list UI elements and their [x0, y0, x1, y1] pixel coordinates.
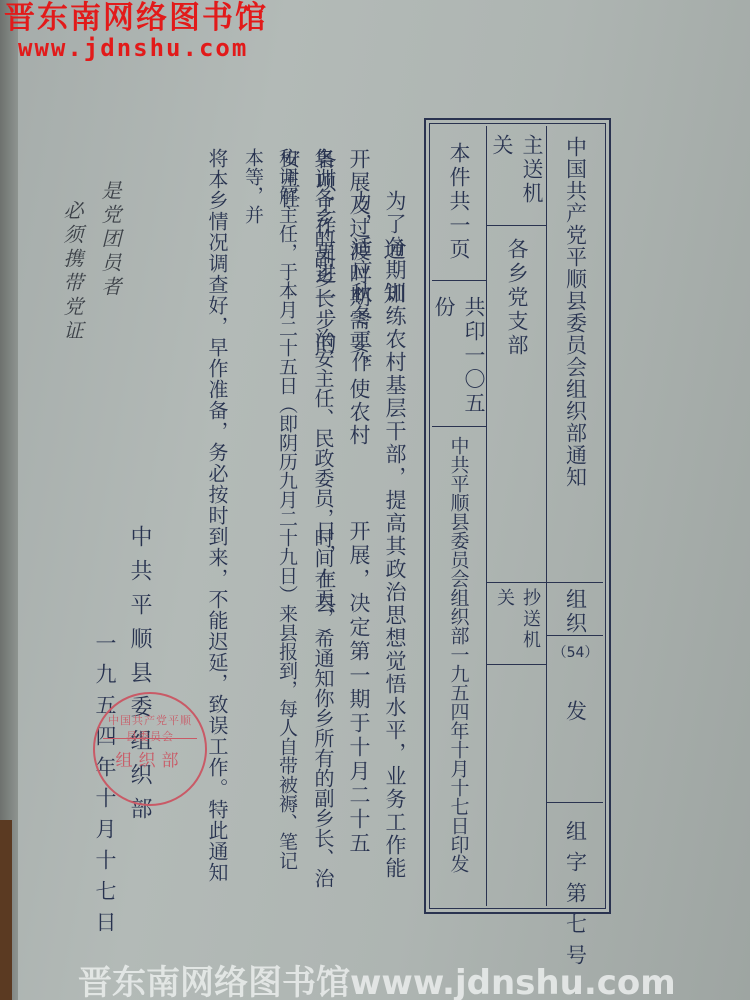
- recipient-label-cell: 主送机关: [488, 134, 546, 224]
- seal-arc-text: 中国共产党平顺县委员会: [105, 712, 195, 744]
- recipient-cell: 各乡党支部: [488, 238, 546, 438]
- watermark-top: 晋东南网络图书馆 www.jdnshu.com: [4, 0, 268, 60]
- recipient-label: 主送机关: [487, 134, 547, 224]
- issuer-cell: 中国共产党平顺县委员会组织部通知: [548, 136, 603, 576]
- margin-annotation: 是党团员者: [96, 180, 125, 300]
- table-divider: [546, 635, 603, 636]
- table-divider: [486, 664, 546, 665]
- cc-label: 抄送机关: [491, 588, 543, 668]
- table-divider: [486, 126, 487, 906]
- table-divider: [432, 426, 486, 427]
- issuer-text: 中国共产党平顺县委员会组织部通知: [561, 136, 591, 576]
- doc-number-label: 发: [561, 700, 591, 740]
- watermark-bottom: 晋东南网络图书馆www.jdnshu.com: [78, 955, 676, 1000]
- doc-number-prefix: （54）: [553, 642, 599, 678]
- official-seal: 中国共产党平顺县委员会 组织部: [93, 692, 207, 806]
- notice-body-column: 将本乡情况调查好，早作准备，务必按时到来，不能迟延，致误工作。特此通知: [200, 148, 234, 888]
- pages-cell: 本件共一页: [432, 142, 486, 272]
- recipient-text: 各乡党支部: [502, 238, 532, 438]
- table-divider: [546, 802, 603, 803]
- margin-annotation: 必须携带党证: [58, 200, 87, 344]
- seal-bottom-text: 组织部: [95, 746, 205, 771]
- pages-text: 本件共一页: [444, 142, 474, 272]
- seal-divider: [103, 738, 197, 739]
- table-divider: [546, 582, 603, 583]
- background-object: [0, 820, 12, 1000]
- notice-body-column: 和调解主任，于本月二十五日（即阴历九月二十九日）来县报到，每人自带被褥、笔记本等…: [236, 148, 304, 888]
- table-divider: [546, 126, 547, 906]
- cc-label-cell: 抄送机关: [488, 588, 546, 668]
- table-divider: [486, 582, 546, 583]
- table-divider: [432, 280, 486, 281]
- copies-cell: 共印一〇五份: [432, 296, 486, 436]
- printed-by-cell: 中共平顺县委员会组织部一九五四年十月十七日印发: [432, 436, 486, 906]
- doc-number-cell: （54）: [548, 642, 603, 678]
- document-header-table: 中国共产党平顺县委员会组织部通知 组织 （54） 发 组字第七号 主送机关 各乡…: [424, 118, 611, 914]
- document-page: 中国共产党平顺县委员会组织部通知 组织 （54） 发 组字第七号 主送机关 各乡…: [18, 0, 750, 1000]
- watermark-site-name: 晋东南网络图书馆: [4, 0, 268, 36]
- watermark-url: www.jdnshu.com: [4, 36, 268, 60]
- doc-number-label-cell: 发: [548, 700, 603, 740]
- printed-by-text: 中共平顺县委员会组织部一九五四年十月十七日印发: [446, 436, 473, 906]
- copies-text: 共印一〇五份: [429, 296, 489, 436]
- table-divider: [486, 225, 546, 226]
